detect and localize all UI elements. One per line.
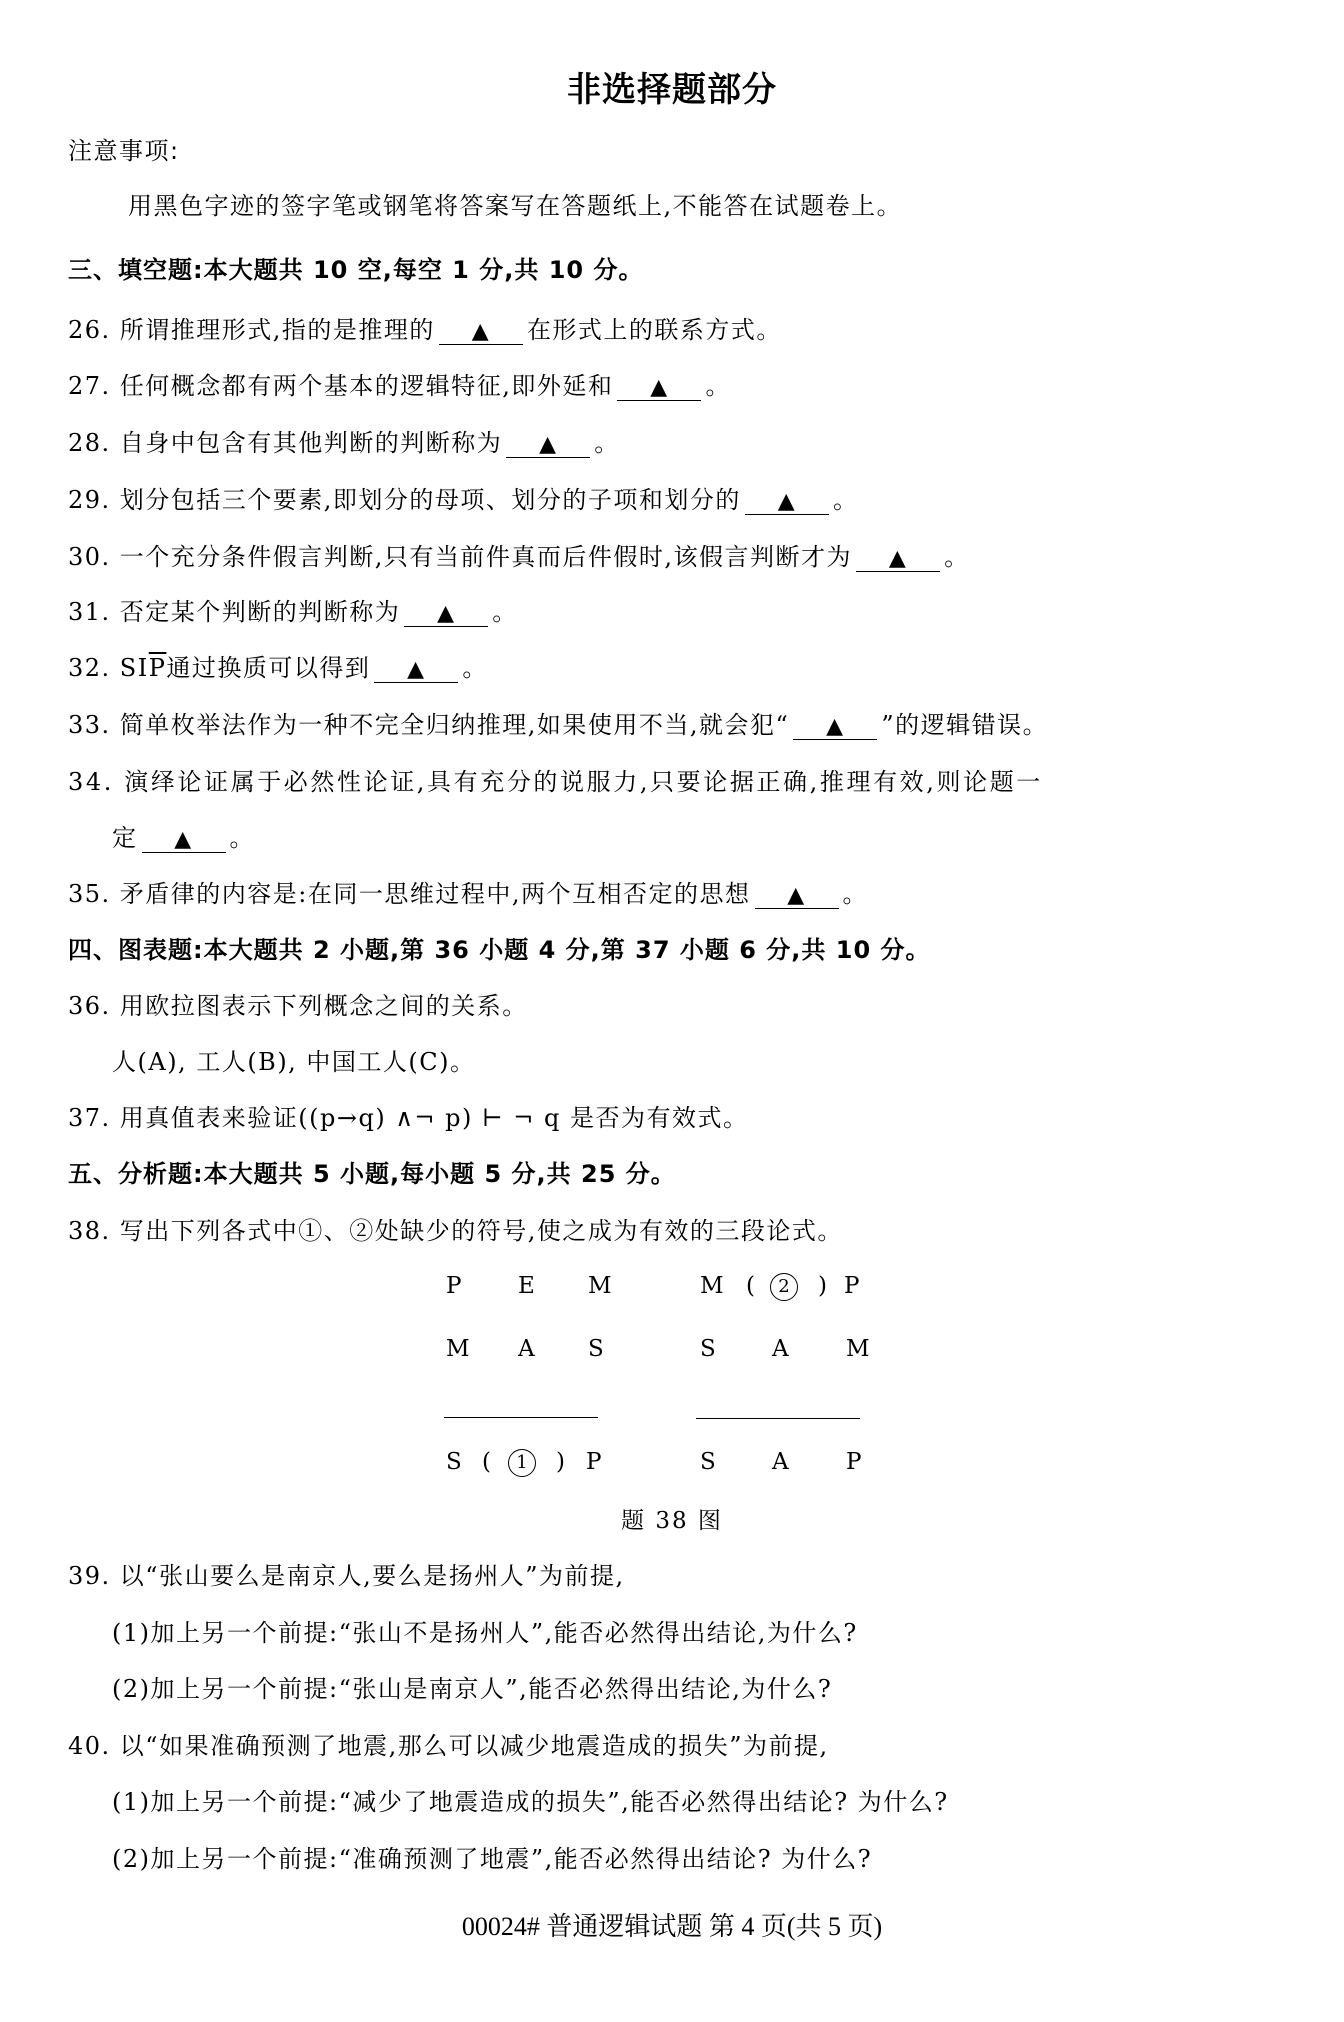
negated-predicate: P: [149, 654, 167, 682]
triangle-icon: ▲: [787, 883, 805, 908]
question-31: 31. 否定某个判断的判断称为▲。: [68, 596, 518, 628]
section-4-heading: 四、图表题:本大题共 2 小题,第 36 小题 4 分,第 37 小题 6 分,…: [68, 934, 931, 966]
triangle-icon: ▲: [407, 657, 425, 682]
answer-blank: ▲: [856, 545, 940, 572]
answer-blank: ▲: [793, 713, 877, 740]
triangle-icon: ▲: [437, 601, 455, 626]
question-35: 35. 矛盾律的内容是:在同一思维过程中,两个互相否定的思想▲。: [68, 878, 868, 910]
question-36-concepts: 人(A), 工人(B), 中国工人(C)。: [112, 1046, 476, 1078]
triangle-icon: ▲: [174, 827, 192, 852]
triangle-icon: ▲: [472, 319, 490, 344]
question-28: 28. 自身中包含有其他判断的判断称为▲。: [68, 427, 620, 459]
question-39-part-2: (2)加上另一个前提:“张山是南京人”,能否必然得出结论,为什么?: [112, 1673, 832, 1705]
question-38: 38. 写出下列各式中①、②处缺少的符号,使之成为有效的三段论式。: [68, 1215, 843, 1247]
question-33: 33. 简单枚举法作为一种不完全归纳推理,如果使用不当,就会犯“▲”的逻辑错误。: [68, 709, 1048, 741]
figure-caption: 题 38 图: [0, 1502, 1344, 1535]
conclusion-rule: [444, 1417, 598, 1418]
question-34-continued: 定▲。: [112, 822, 255, 854]
question-37: 37. 用真值表来验证((p→q) ∧¬ p) ⊢ ¬ q 是否为有效式。: [68, 1102, 749, 1134]
question-39-part-1: (1)加上另一个前提:“张山不是扬州人”,能否必然得出结论,为什么?: [112, 1617, 858, 1649]
answer-blank: ▲: [439, 318, 523, 345]
triangle-icon: ▲: [778, 489, 796, 514]
question-30: 30. 一个充分条件假言判断,只有当前件真而后件假时,该假言判断才为▲。: [68, 541, 970, 573]
exam-page: 非选择题部分 注意事项: 用黑色字迹的签字笔或钢笔将答案写在答题纸上,不能答在试…: [0, 0, 1344, 2022]
question-36: 36. 用欧拉图表示下列概念之间的关系。: [68, 990, 528, 1022]
question-40: 40. 以“如果准确预测了地震,那么可以减少地震造成的损失”为前提,: [68, 1730, 829, 1762]
page-title: 非选择题部分: [0, 62, 1344, 111]
answer-blank: ▲: [755, 882, 839, 909]
answer-blank: ▲: [374, 656, 458, 683]
section-3-heading: 三、填空题:本大题共 10 空,每空 1 分,共 10 分。: [68, 254, 643, 286]
question-34: 34. 演绎论证属于必然性论证,具有充分的说服力,只要论据正确,推理有效,则论题…: [68, 766, 1043, 798]
triangle-icon: ▲: [650, 375, 668, 400]
blank-marker-1: 1: [508, 1449, 536, 1477]
question-32: 32. SIP通过换质可以得到▲。: [68, 652, 488, 684]
answer-blank: ▲: [142, 826, 226, 853]
question-39: 39. 以“张山要么是南京人,要么是扬州人”为前提,: [68, 1560, 625, 1592]
question-29: 29. 划分包括三个要素,即划分的母项、划分的子项和划分的▲。: [68, 484, 858, 516]
conclusion-rule: [696, 1418, 860, 1419]
answer-blank: ▲: [404, 600, 488, 627]
notice-heading: 注意事项:: [68, 135, 180, 167]
answer-blank: ▲: [745, 488, 829, 515]
triangle-icon: ▲: [539, 432, 557, 457]
question-27: 27. 任何概念都有两个基本的逻辑特征,即外延和▲。: [68, 370, 731, 402]
triangle-icon: ▲: [889, 546, 907, 571]
triangle-icon: ▲: [826, 714, 844, 739]
blank-marker-2: 2: [770, 1273, 798, 1301]
notice-text: 用黑色字迹的签字笔或钢笔将答案写在答题纸上,不能答在试题卷上。: [128, 190, 902, 222]
section-5-heading: 五、分析题:本大题共 5 小题,每小题 5 分,共 25 分。: [68, 1158, 676, 1190]
question-40-part-1: (1)加上另一个前提:“减少了地震造成的损失”,能否必然得出结论? 为什么?: [112, 1786, 949, 1818]
page-footer: 00024# 普通逻辑试题 第 4 页(共 5 页): [0, 1906, 1344, 1943]
question-26: 26. 所谓推理形式,指的是推理的▲在形式上的联系方式。: [68, 314, 782, 346]
answer-blank: ▲: [617, 374, 701, 401]
question-40-part-2: (2)加上另一个前提:“准确预测了地震”,能否必然得出结论? 为什么?: [112, 1843, 872, 1875]
answer-blank: ▲: [506, 431, 590, 458]
